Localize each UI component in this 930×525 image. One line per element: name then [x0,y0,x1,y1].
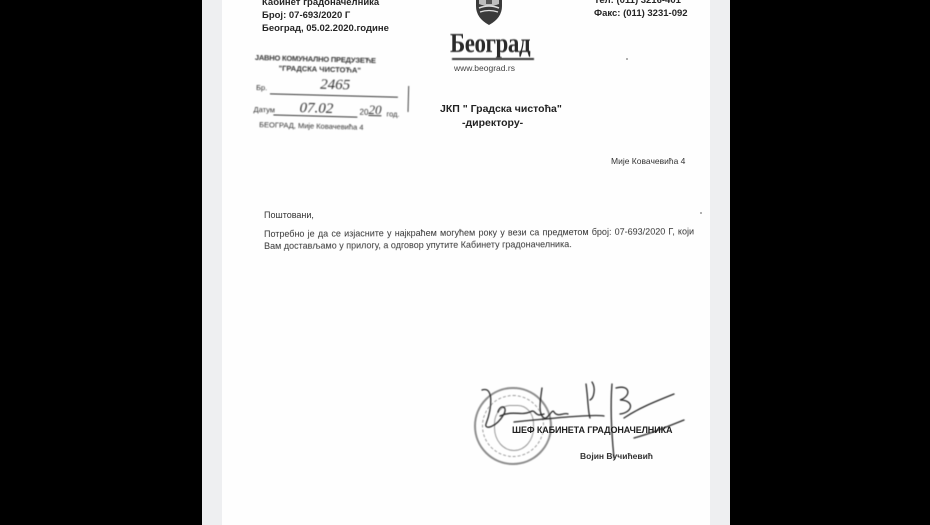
stamp-number-value: 2465 [320,77,350,95]
phone-number: Тел: (011) 3216-401 [594,0,688,7]
reference-number: Број: 07-693/2020 Г [262,9,389,22]
city-website: www.beograd.rs [454,63,515,73]
stamp-year-handwritten: 20 [368,102,381,118]
document-page: Кабинет градоначелника Број: 07-693/2020… [202,0,730,525]
page-margin-left [202,0,222,525]
fax-number: Факс: (011) 3231-092 [594,7,688,20]
city-name-logo: Београд [450,28,530,59]
stamp-number-label: Бр. [256,83,267,92]
stamp-address: БЕОГРАД, Мије Ковачевића 4 [259,120,364,132]
logo-underline [452,58,534,60]
scan-speck [700,212,702,214]
signer-name: Војин Вучићевић [580,451,653,461]
stamp-year-suffix: год. [386,109,399,118]
receipt-stamp: ЈАВНО КОМУНАЛНО ПРЕДУЗЕЋЕ "ГРАДСКА ЧИСТО… [249,53,416,132]
stamp-border [408,86,410,112]
stamp-date-value: 07.02 [299,100,333,118]
stamp-company-line: ЈАВНО КОМУНАЛНО ПРЕДУЗЕЋЕ [255,53,376,65]
stamp-company-name: "ГРАДСКА ЧИСТОЋА" [279,64,362,75]
place-and-date: Београд, 05.02.2020.године [262,22,389,35]
contact-block: Тел: (011) 3216-401 Факс: (011) 3231-092 [594,0,688,20]
recipient-block: ЈКП " Градска чистоћа" -директору- [440,102,562,130]
recipient-name: ЈКП " Градска чистоћа" [440,102,562,116]
stamp-year-prefix: 20 [359,108,368,117]
letter-body: Потребно је да се изјасните у најкраћем … [264,226,694,252]
sender-block: Кабинет градоначелника Број: 07-693/2020… [262,0,389,35]
letter-sheet: Кабинет градоначелника Број: 07-693/2020… [222,0,710,525]
scan-speck [626,58,628,60]
belgrade-coat-of-arms-icon [474,0,504,26]
signer-title: ШЕФ КАБИНЕТА ГРАДОНАЧЕЛНИКА [512,425,672,435]
sender-office: Кабинет градоначелника [262,0,389,9]
stamp-date-label: Датум [253,105,275,115]
recipient-role: -директору- [440,116,562,130]
salutation: Поштовани, [264,210,314,220]
recipient-address: Мије Ковачевића 4 [611,156,685,166]
document-viewer: Кабинет градоначелника Број: 07-693/2020… [0,0,930,525]
